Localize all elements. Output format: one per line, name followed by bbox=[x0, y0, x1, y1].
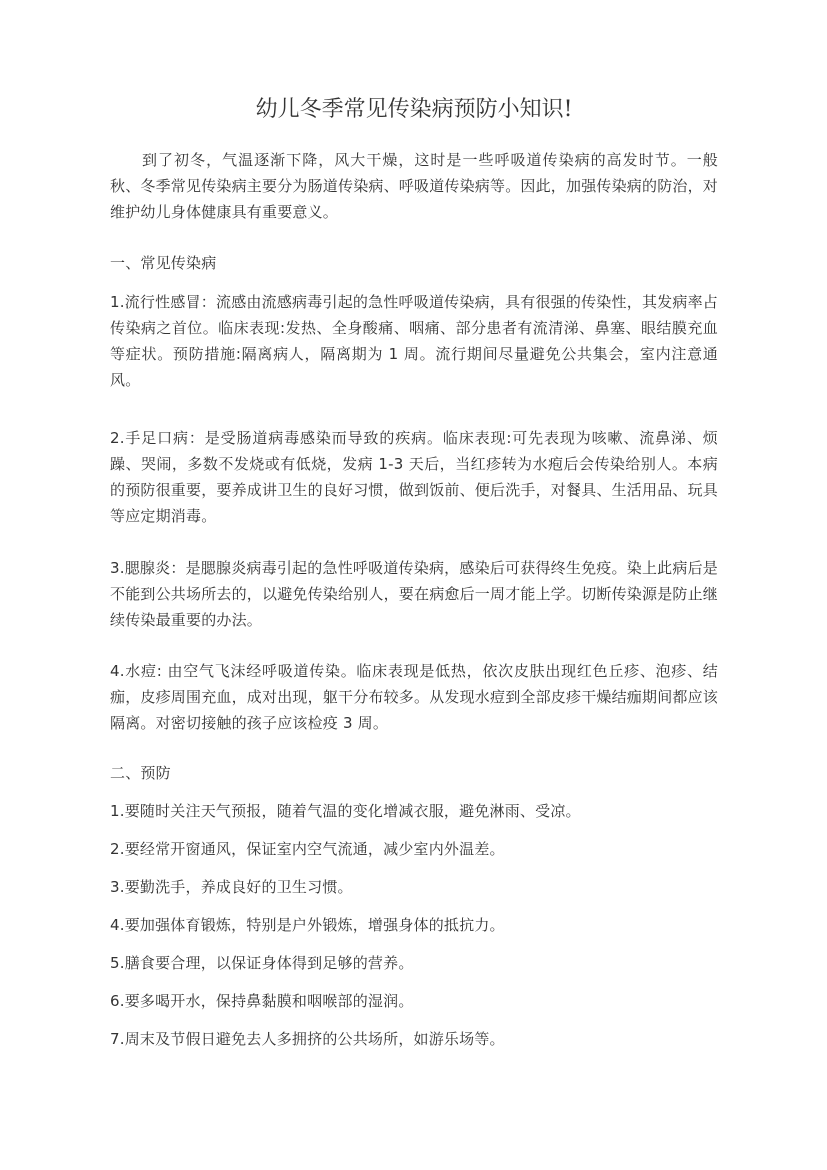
disease-item-chickenpox: 4.水痘: 由空气飞沫经呼吸道传染。临床表现是低热，依次皮肤出现红色丘疹、泡疹、… bbox=[110, 658, 718, 736]
prevention-item-7: 7.周末及节假日避免去人多拥挤的公共场所，如游乐场等。 bbox=[110, 1026, 718, 1052]
intro-paragraph: 到了初冬，气温逐渐下降，风大干燥，这时是一些呼吸道传染病的高发时节。一般秋、冬季… bbox=[110, 147, 718, 225]
prevention-item-5: 5.膳食要合理，以保证身体得到足够的营养。 bbox=[110, 950, 718, 976]
disease-item-mumps: 3.腮腺炎：是腮腺炎病毒引起的急性呼吸道传染病，感染后可获得终生免疫。染上此病后… bbox=[110, 555, 718, 633]
prevention-item-2: 2.要经常开窗通风，保证室内空气流通，减少室内外温差。 bbox=[110, 836, 718, 862]
section-heading-prevention: 二、预防 bbox=[110, 760, 718, 786]
section-heading-diseases: 一、常见传染病 bbox=[110, 250, 718, 276]
document-title: 幼儿冬季常见传染病预防小知识! bbox=[110, 92, 718, 123]
prevention-item-3: 3.要勤洗手，养成良好的卫生习惯。 bbox=[110, 874, 718, 900]
prevention-item-4: 4.要加强体育锻炼，特别是户外锻炼，增强身体的抵抗力。 bbox=[110, 912, 718, 938]
prevention-item-6: 6.要多喝开水，保持鼻黏膜和咽喉部的湿润。 bbox=[110, 988, 718, 1014]
disease-item-influenza: 1.流行性感冒：流感由流感病毒引起的急性呼吸道传染病，具有很强的传染性，其发病率… bbox=[110, 289, 718, 393]
disease-item-hfmd: 2.手足口病：是受肠道病毒感染而导致的疾病。临床表现:可先表现为咳嗽、流鼻涕、烦… bbox=[110, 425, 718, 529]
prevention-item-1: 1.要随时关注天气预报，随着气温的变化增减衣服，避免淋雨、受凉。 bbox=[110, 798, 718, 824]
